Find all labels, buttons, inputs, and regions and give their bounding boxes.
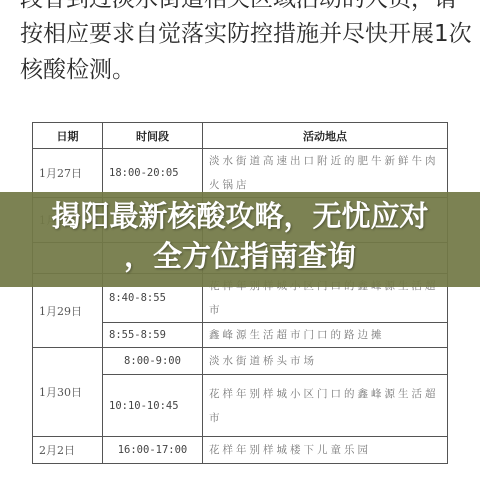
cell-location: 花样年别样城小区门口的鑫峰源生活超市 — [203, 375, 448, 437]
header-date: 日期 — [33, 123, 103, 149]
banner-title-line-2: ，全方位指南查询 — [0, 236, 480, 276]
banner-title: 揭阳最新核酸攻略，无忧应对 ，全方位指南查询 — [0, 196, 480, 276]
cell-location: 淡水街道桥头市场 — [203, 348, 448, 375]
paragraph-line-3: 核酸检测。 — [20, 52, 470, 88]
article-screenshot: 段曾到过淡水街道相关区域活动的人员，请 按相应要求自觉落实防控措施并尽快开展1次… — [0, 0, 480, 480]
banner-title-line-1: 揭阳最新核酸攻略，无忧应对 — [0, 196, 480, 236]
cell-time: 8:55-8:59 — [103, 323, 203, 348]
paragraph-line-1: 段曾到过淡水街道相关区域活动的人员，请 — [20, 0, 470, 17]
cell-location: 花样年别样城楼下儿童乐园 — [203, 437, 448, 464]
header-location: 活动地点 — [203, 123, 448, 149]
cell-time: 18:00-20:05 — [103, 149, 203, 198]
cell-time: 8:00-9:00 — [103, 348, 203, 375]
cell-location: 鑫峰源生活超市门口的路边摊 — [203, 323, 448, 348]
table-row: 1月27日 18:00-20:05 淡水街道高速出口附近的肥牛新鲜牛肉火锅店 — [33, 149, 448, 198]
paragraph-line-2: 按相应要求自觉落实防控措施并尽快开展1次 — [20, 16, 470, 52]
activity-schedule-table: 日期 时间段 活动地点 1月27日 18:00-20:05 淡水街道高速出口附近… — [32, 122, 448, 464]
cell-time: 16:00-17:00 — [103, 437, 203, 464]
cell-location: 淡水街道高速出口附近的肥牛新鲜牛肉火锅店 — [203, 149, 448, 198]
table-row: 2月2日 16:00-17:00 花样年别样城楼下儿童乐园 — [33, 437, 448, 464]
cell-date: 2月2日 — [33, 437, 103, 464]
cell-date: 1月27日 — [33, 149, 103, 198]
cell-time: 10:10-10:45 — [103, 375, 203, 437]
table-row: 1月30日 8:00-9:00 淡水街道桥头市场 — [33, 348, 448, 375]
table-header-row: 日期 时间段 活动地点 — [33, 123, 448, 149]
cell-date: 1月30日 — [33, 348, 103, 437]
header-time: 时间段 — [103, 123, 203, 149]
